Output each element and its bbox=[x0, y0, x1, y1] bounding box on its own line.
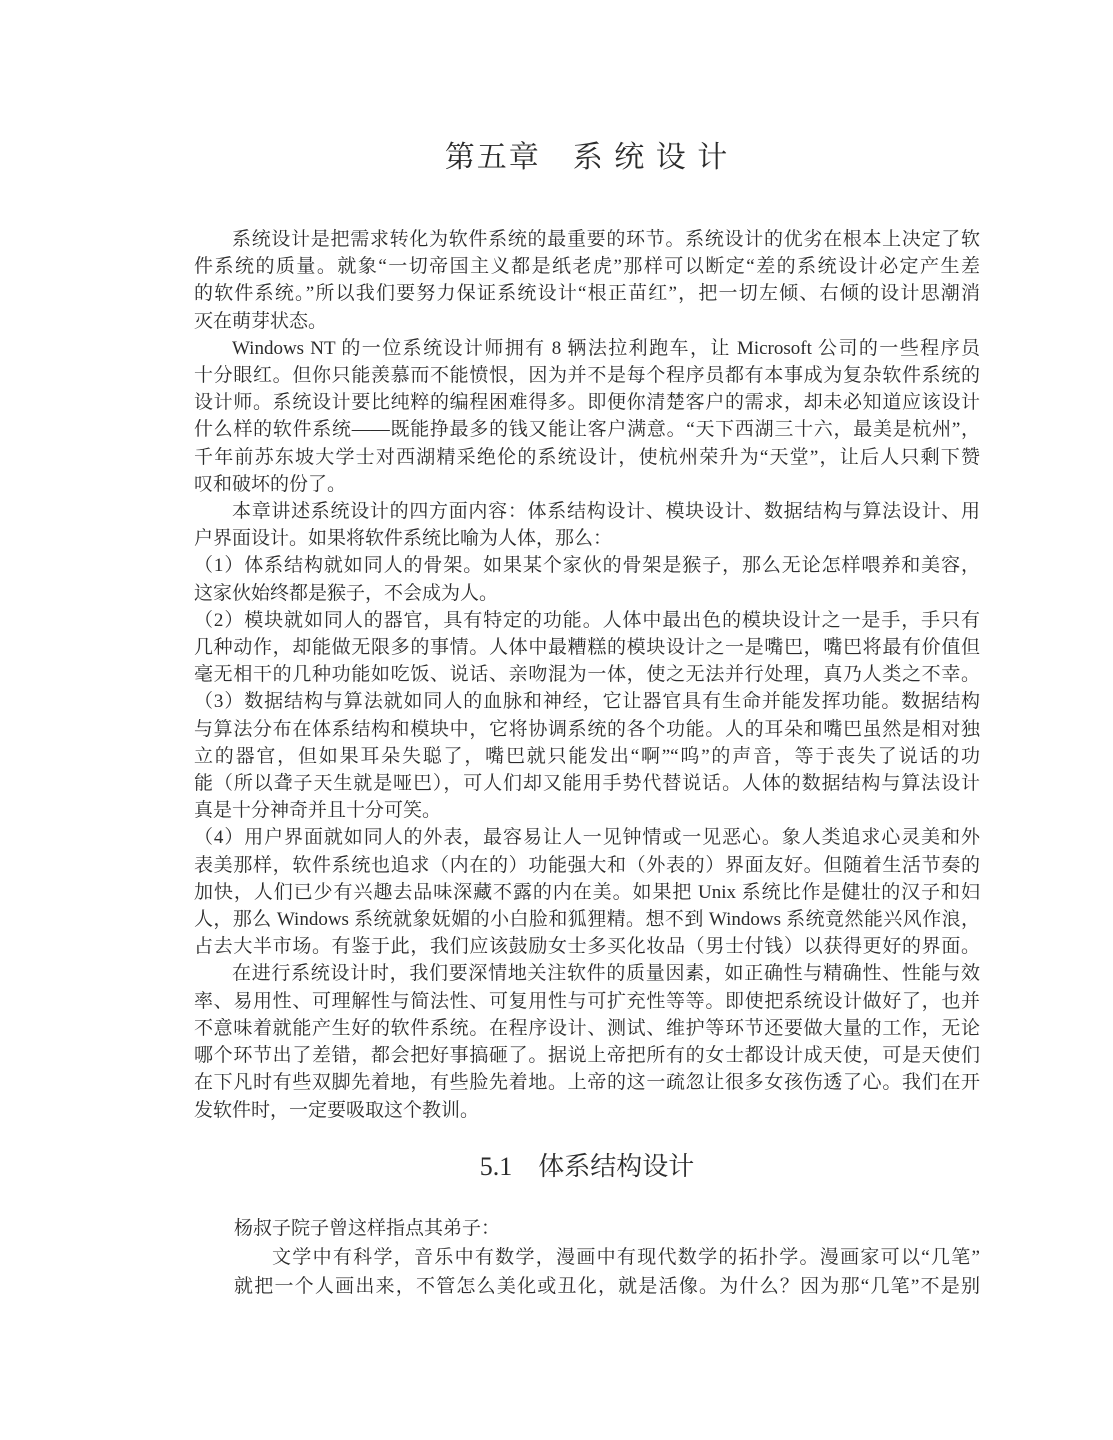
text-line: 表美那样，软件系统也追求（内在的）功能强大和（外表的）界面友好。但随着生活节奏的 bbox=[194, 852, 980, 879]
text-line: 就把一个人画出来，不管怎么美化或丑化，就是活像。为什么？因为那“几笔”不是别 bbox=[234, 1272, 980, 1301]
text-line: 率、易用性、可理解性与简法性、可复用性与可扩充性等等。即使把系统设计做好了，也并 bbox=[194, 988, 980, 1015]
text-line: 立的器官，但如果耳朵失聪了，嘴巴就只能发出“啊”“呜”的声音，等于丧失了说话的功 bbox=[194, 743, 980, 770]
text-line: 叹和破坏的份了。 bbox=[194, 471, 980, 498]
text-line: 哪个环节出了差错，都会把好事搞砸了。据说上帝把所有的女士都设计成天使，可是天使们 bbox=[194, 1042, 980, 1069]
text-line: 在进行系统设计时，我们要深情地关注软件的质量因素，如正确性与精确性、性能与效 bbox=[194, 960, 980, 987]
text-line: 与算法分布在体系结构和模块中，它将协调系统的各个功能。人的耳朵和嘴巴虽然是相对独 bbox=[194, 716, 980, 743]
text-line: 件系统的质量。就象“一切帝国主义都是纸老虎”那样可以断定“差的系统设计必定产生差 bbox=[194, 253, 980, 280]
annotation-block: 杨叔子院子曾这样指点其弟子： 文学中有科学，音乐中有数学，漫画中有现代数学的拓扑… bbox=[234, 1214, 980, 1301]
text-line: 千年前苏东坡大学士对西湖精采绝伦的系统设计，使杭州荣升为“天堂”，让后人只剩下赞 bbox=[194, 444, 980, 471]
text-line: （4）用户界面就如同人的外表，最容易让人一见钟情或一见恶心。象人类追求心灵美和外 bbox=[194, 824, 980, 851]
text-line: 什么样的软件系统——既能挣最多的钱又能让客户满意。“天下西湖三十六，最美是杭州”… bbox=[194, 416, 980, 443]
text-line: 户界面设计。如果将软件系统比喻为人体，那么： bbox=[194, 525, 980, 552]
document-body: 系统设计是把需求转化为软件系统的最重要的环节。系统设计的优劣在根本上决定了软件系… bbox=[194, 226, 980, 1124]
text-line: 毫无相干的几种功能如吃饭、说话、亲吻混为一体，使之无法并行处理，真乃人类之不幸。 bbox=[194, 661, 980, 688]
document-page: 第五章 系 统 设 计 系统设计是把需求转化为软件系统的最重要的环节。系统设计的… bbox=[0, 0, 1113, 1440]
text-line: 十分眼红。但你只能羡慕而不能愤恨，因为并不是每个程序员都有本事成为复杂软件系统的 bbox=[194, 362, 980, 389]
text-line: 发软件时，一定要吸取这个教训。 bbox=[194, 1097, 980, 1124]
text-line: （3）数据结构与算法就如同人的血脉和神经，它让器官具有生命并能发挥功能。数据结构 bbox=[194, 688, 980, 715]
text-line: 几种动作，却能做无限多的事情。人体中最糟糕的模块设计之一是嘴巴，嘴巴将最有价值但 bbox=[194, 634, 980, 661]
chapter-title: 第五章 系 统 设 计 bbox=[194, 132, 980, 176]
text-line: （1）体系结构就如同人的骨架。如果某个家伙的骨架是猴子，那么无论怎样喂养和美容， bbox=[194, 552, 980, 579]
text-line: 真是十分神奇并且十分可笑。 bbox=[194, 797, 980, 824]
text-line: 的软件系统。”所以我们要努力保证系统设计“根正苗红”，把一切左倾、右倾的设计思潮… bbox=[194, 280, 980, 307]
text-line: 占去大半市场。有鉴于此，我们应该鼓励女士多买化妆品（男士付钱）以获得更好的界面。 bbox=[194, 933, 980, 960]
text-line: 能（所以聋子天生就是哑巴），可人们却又能用手势代替说话。人体的数据结构与算法设计 bbox=[194, 770, 980, 797]
text-line: 设计师。系统设计要比纯粹的编程困难得多。即便你清楚客户的需求，却未必知道应该设计 bbox=[194, 389, 980, 416]
text-line: 这家伙始终都是猴子，不会成为人。 bbox=[194, 580, 980, 607]
text-line: 不意味着就能产生好的软件系统。在程序设计、测试、维护等环节还要做大量的工作，无论 bbox=[194, 1015, 980, 1042]
text-line: 加快，人们已少有兴趣去品味深藏不露的内在美。如果把 Unix 系统比作是健壮的汉… bbox=[194, 879, 980, 906]
text-line: 人，那么 Windows 系统就象妩媚的小白脸和狐狸精。想不到 Windows … bbox=[194, 906, 980, 933]
section-heading: 5.1 体系结构设计 bbox=[194, 1146, 980, 1183]
text-line: 灭在萌芽状态。 bbox=[194, 308, 980, 335]
text-line: （2）模块就如同人的器官，具有特定的功能。人体中最出色的模块设计之一是手，手只有 bbox=[194, 607, 980, 634]
text-line: Windows NT 的一位系统设计师拥有 8 辆法拉利跑车，让 Microso… bbox=[194, 335, 980, 362]
text-line: 在下凡时有些双脚先着地，有些脸先着地。上帝的这一疏忽让很多女孩伤透了心。我们在开 bbox=[194, 1069, 980, 1096]
quote-block: 文学中有科学，音乐中有数学，漫画中有现代数学的拓扑学。漫画家可以“几笔”就把一个… bbox=[234, 1243, 980, 1301]
annotation-intro: 杨叔子院子曾这样指点其弟子： bbox=[234, 1214, 980, 1243]
text-line: 文学中有科学，音乐中有数学，漫画中有现代数学的拓扑学。漫画家可以“几笔” bbox=[234, 1243, 980, 1272]
text-line: 本章讲述系统设计的四方面内容：体系结构设计、模块设计、数据结构与算法设计、用 bbox=[194, 498, 980, 525]
text-line: 系统设计是把需求转化为软件系统的最重要的环节。系统设计的优劣在根本上决定了软 bbox=[194, 226, 980, 253]
